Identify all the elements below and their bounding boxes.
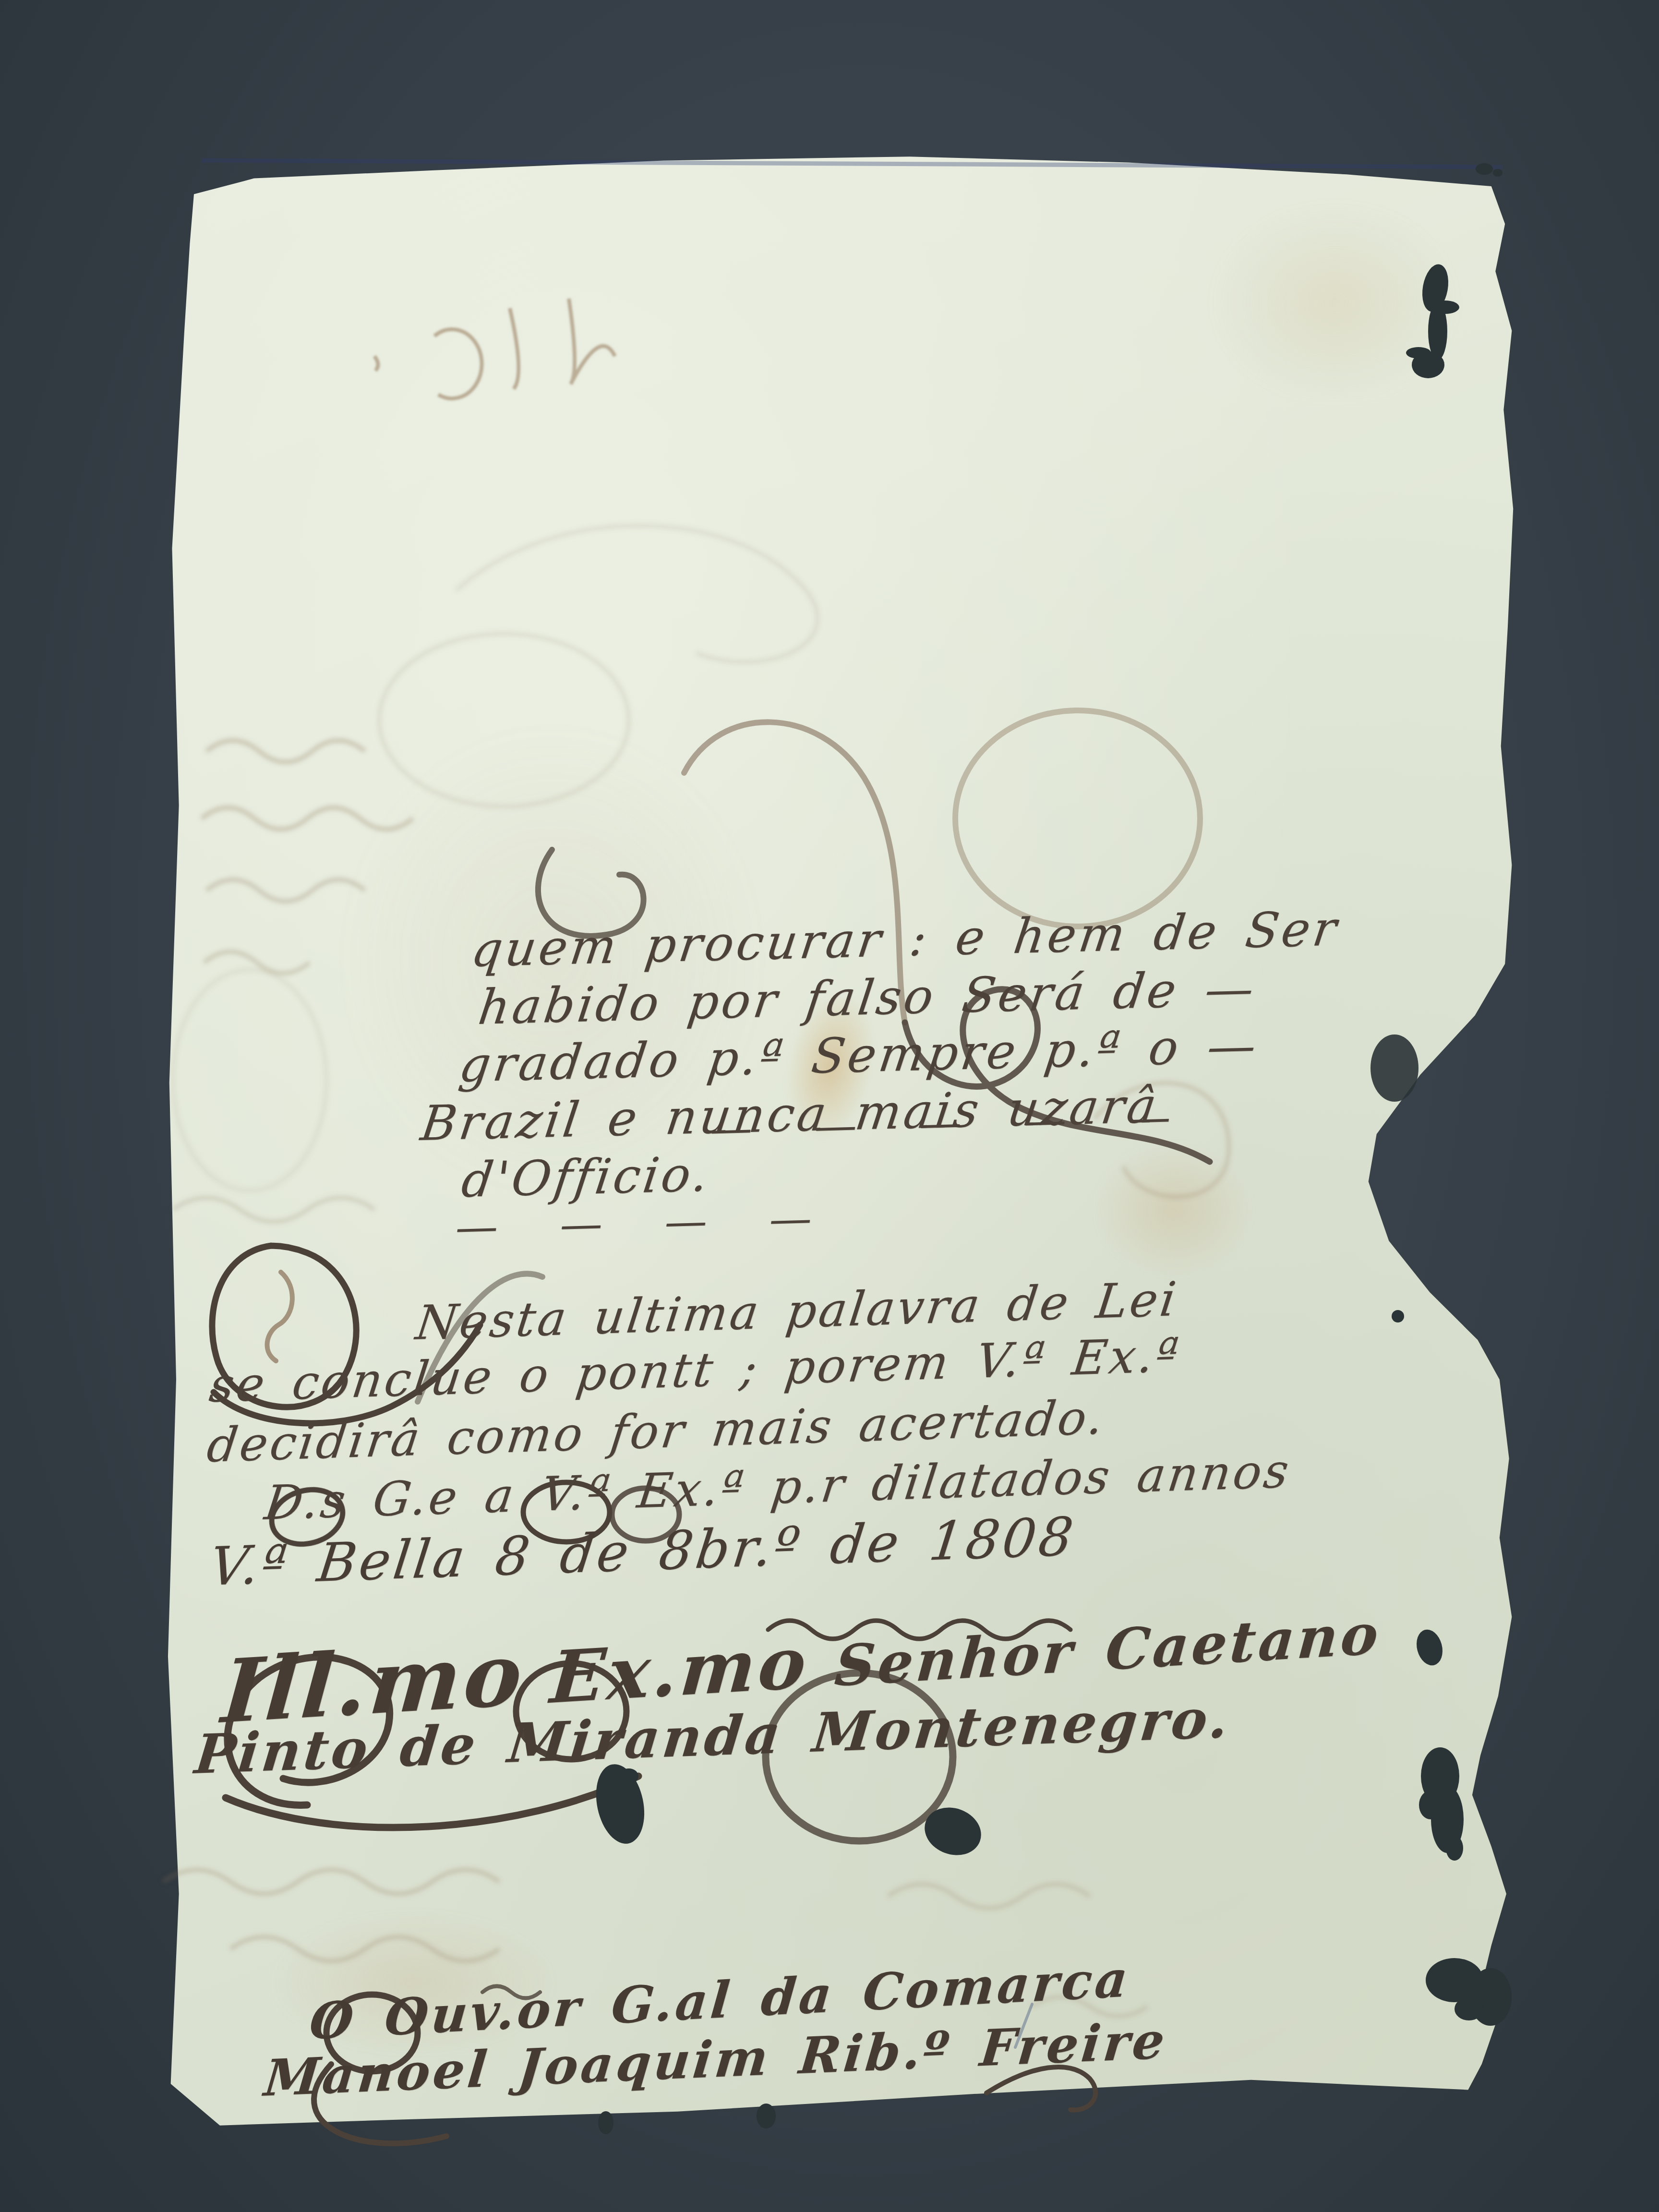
dash-filler: — — — —	[455, 1193, 832, 1252]
manuscript-photograph: quem procurar : e hem de Ser habido por …	[0, 0, 1659, 2212]
